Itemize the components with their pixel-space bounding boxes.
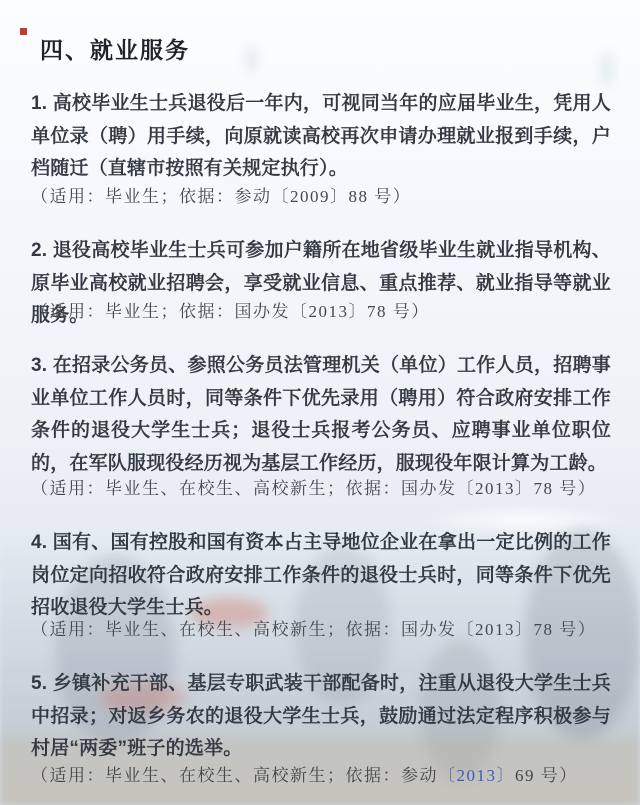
applicability-note-2: （适用：毕业生；依据：国办发〔2013〕78 号） bbox=[31, 300, 621, 323]
policy-item-4: 4. 国有、国有控股和国有资本占主导地位企业在拿出一定比例的工作岗位定向招收符合… bbox=[31, 527, 611, 625]
applicability-note-5: （适用：毕业生、在校生、高校新生；依据：参动〔2013〕69 号） bbox=[31, 764, 621, 787]
policy-item-3: 3. 在招录公务员、参照公务员法管理机关（单位）工作人员，招聘事业单位工作人员时… bbox=[31, 350, 611, 480]
note-prefix: （适用：毕业生、在校生、高校新生；依据：参动 bbox=[31, 766, 438, 785]
doc-ref-link[interactable]: 〔2013〕 bbox=[438, 766, 515, 785]
section-heading: 四、就业服务 bbox=[40, 32, 190, 65]
applicability-note-4: （适用：毕业生、在校生、高校新生；依据：国办发〔2013〕78 号） bbox=[31, 618, 621, 641]
applicability-note-1: （适用：毕业生；依据：参动〔2009〕88 号） bbox=[31, 185, 621, 208]
policy-item-5: 5. 乡镇补充干部、基层专职武装干部配备时，注重从退役大学生士兵中招录；对返乡务… bbox=[31, 668, 611, 766]
heading-red-bullet bbox=[20, 28, 27, 35]
policy-item-1: 1. 高校毕业生士兵退役后一年内，可视同当年的应届毕业生，凭用人单位录（聘）用手… bbox=[31, 88, 611, 186]
applicability-note-3: （适用：毕业生、在校生、高校新生；依据：国办发〔2013〕78 号） bbox=[31, 477, 621, 500]
note-suffix: 69 号） bbox=[515, 766, 578, 785]
article-page: 四、就业服务 1. 高校毕业生士兵退役后一年内，可视同当年的应届毕业生，凭用人单… bbox=[0, 0, 640, 805]
article-content: 四、就业服务 1. 高校毕业生士兵退役后一年内，可视同当年的应届毕业生，凭用人单… bbox=[0, 0, 640, 805]
